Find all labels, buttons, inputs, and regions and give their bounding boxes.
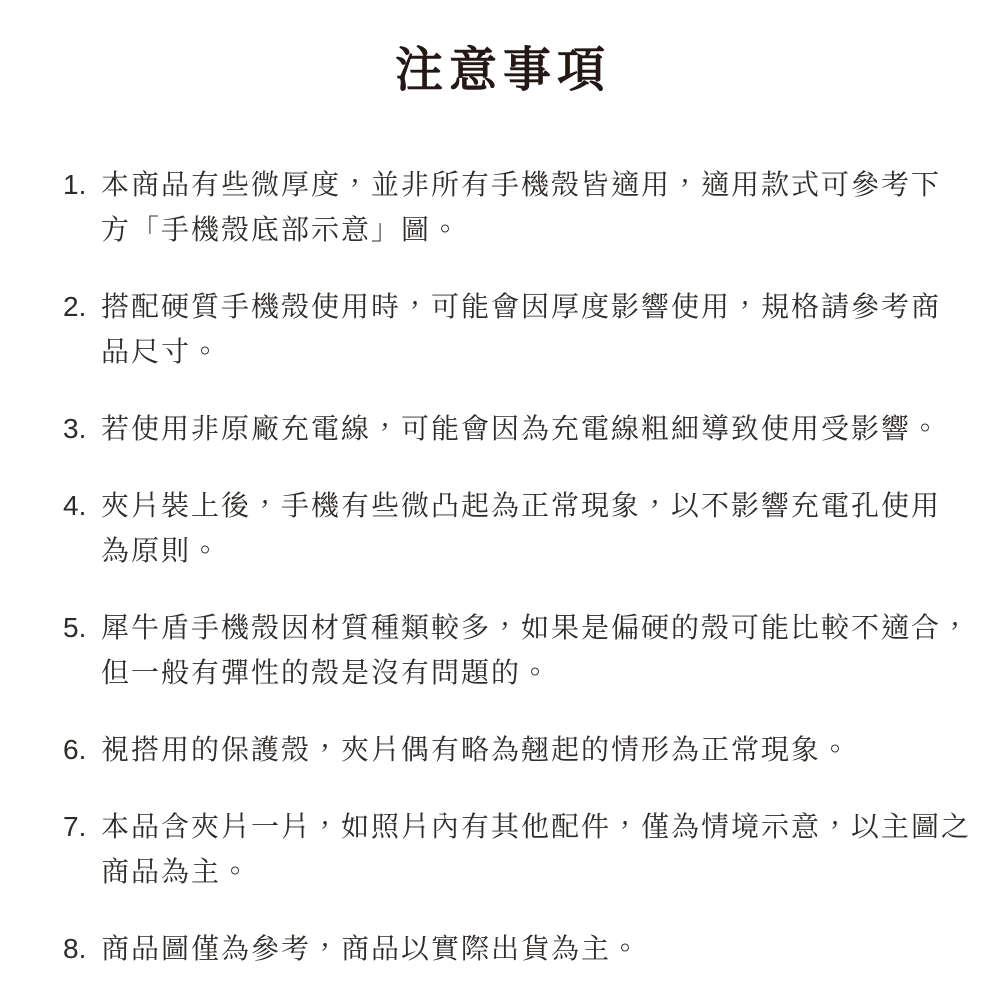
notice-line: 夾片裝上後，手機有些微凸起為正常現象，以不影響充電孔使用 bbox=[101, 490, 941, 521]
item-number: 2. bbox=[63, 284, 101, 329]
notice-item-8: 8. 商品圖僅為參考，商品以實際出貨為主。 bbox=[63, 926, 960, 971]
notice-list: 1. 本商品有些微厚度，並非所有手機殼皆適用，適用款式可參考下 方「手機殼底部示… bbox=[0, 162, 1000, 971]
item-number: 8. bbox=[63, 926, 101, 971]
notice-line: 但一般有彈性的殼是沒有問題的。 bbox=[101, 657, 551, 688]
notice-item-5: 5. 犀牛盾手機殼因材質種類較多，如果是偏硬的殼可能比較不適合， 但一般有彈性的… bbox=[63, 605, 960, 695]
notice-line: 犀牛盾手機殼因材質種類較多，如果是偏硬的殼可能比較不適合， bbox=[101, 612, 971, 643]
item-number: 1. bbox=[63, 162, 101, 207]
notice-item-7: 7. 本品含夾片一片，如照片內有其他配件，僅為情境示意，以主圖之 商品為主。 bbox=[63, 804, 960, 894]
item-text: 搭配硬質手機殼使用時，可能會因厚度影響使用，規格請參考商 品尺寸。 bbox=[101, 284, 960, 374]
notice-line: 品尺寸。 bbox=[101, 336, 221, 367]
notice-document: 注意事項 1. 本商品有些微厚度，並非所有手機殼皆適用，適用款式可參考下 方「手… bbox=[0, 0, 1000, 990]
notice-line: 商品圖僅為參考，商品以實際出貨為主。 bbox=[101, 933, 641, 964]
item-number: 5. bbox=[63, 605, 101, 650]
page-title: 注意事項 bbox=[0, 42, 1000, 100]
notice-line: 搭配硬質手機殼使用時，可能會因厚度影響使用，規格請參考商 bbox=[101, 291, 941, 322]
item-number: 4. bbox=[63, 483, 101, 528]
item-number: 7. bbox=[63, 804, 101, 849]
item-text: 犀牛盾手機殼因材質種類較多，如果是偏硬的殼可能比較不適合， 但一般有彈性的殼是沒… bbox=[101, 605, 971, 695]
item-text: 視搭用的保護殼，夾片偶有略為翹起的情形為正常現象。 bbox=[101, 727, 960, 772]
notice-item-2: 2. 搭配硬質手機殼使用時，可能會因厚度影響使用，規格請參考商 品尺寸。 bbox=[63, 284, 960, 374]
notice-line: 本商品有些微厚度，並非所有手機殼皆適用，適用款式可參考下 bbox=[101, 169, 941, 200]
item-text: 本商品有些微厚度，並非所有手機殼皆適用，適用款式可參考下 方「手機殼底部示意」圖… bbox=[101, 162, 960, 252]
notice-line: 方「手機殼底部示意」圖。 bbox=[101, 214, 461, 245]
item-number: 6. bbox=[63, 727, 101, 772]
notice-line: 本品含夾片一片，如照片內有其他配件，僅為情境示意，以主圖之 bbox=[101, 811, 971, 842]
notice-item-3: 3. 若使用非原廠充電線，可能會因為充電線粗細導致使用受影響。 bbox=[63, 406, 960, 451]
notice-line: 為原則。 bbox=[101, 535, 221, 566]
notice-line: 商品為主。 bbox=[101, 856, 251, 887]
item-text: 本品含夾片一片，如照片內有其他配件，僅為情境示意，以主圖之 商品為主。 bbox=[101, 804, 971, 894]
notice-item-1: 1. 本商品有些微厚度，並非所有手機殼皆適用，適用款式可參考下 方「手機殼底部示… bbox=[63, 162, 960, 252]
notice-item-6: 6. 視搭用的保護殼，夾片偶有略為翹起的情形為正常現象。 bbox=[63, 727, 960, 772]
item-text: 若使用非原廠充電線，可能會因為充電線粗細導致使用受影響。 bbox=[101, 406, 960, 451]
item-text: 商品圖僅為參考，商品以實際出貨為主。 bbox=[101, 926, 960, 971]
notice-line: 視搭用的保護殼，夾片偶有略為翹起的情形為正常現象。 bbox=[101, 734, 851, 765]
item-number: 3. bbox=[63, 406, 101, 451]
notice-line: 若使用非原廠充電線，可能會因為充電線粗細導致使用受影響。 bbox=[101, 413, 941, 444]
item-text: 夾片裝上後，手機有些微凸起為正常現象，以不影響充電孔使用 為原則。 bbox=[101, 483, 960, 573]
notice-item-4: 4. 夾片裝上後，手機有些微凸起為正常現象，以不影響充電孔使用 為原則。 bbox=[63, 483, 960, 573]
